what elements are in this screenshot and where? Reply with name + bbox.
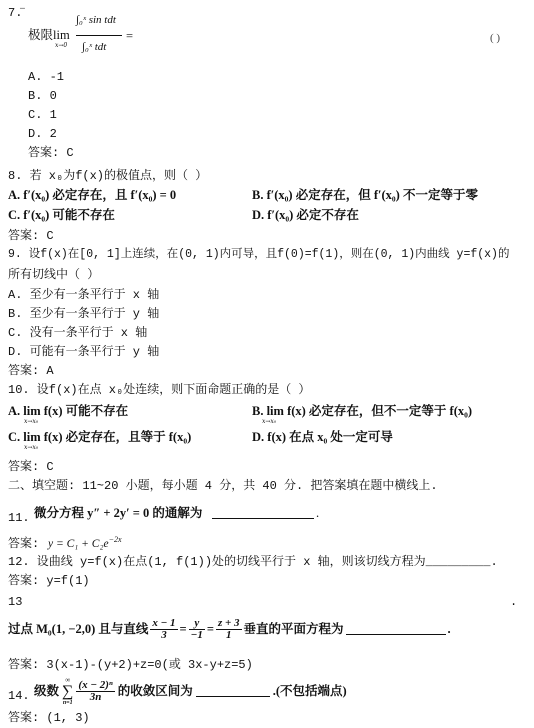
q10-option-a-lim-sub: x→x₀ [24,419,38,425]
q12-answer: 答案: y=f(1) [8,575,90,587]
q7-lim: lim [53,29,70,42]
q10-option-a: A. lim f(x) 可能不存在 [8,405,128,418]
q8-option-c: C. f′(x₀) 可能不存在 [8,209,115,222]
q13-stem: 过点 M₀(1, −2,0) 且与直线 x − 13 = y−1 = z + 3… [8,618,451,641]
section-fill-in-heading: 二、填空题: 11~20 小题，每小题 4 分，共 40 分. 把答案填在题中横… [8,480,438,492]
q14-number: 14. [8,690,30,702]
q7-dash: ─ [20,5,25,13]
q14-answer: 答案: (1, 3) [8,712,90,724]
q13-fraction-2: y−1 [189,618,205,641]
q9-option-c: C. 没有一条平行于 x 轴 [8,327,147,339]
q7-option-c: C. 1 [28,109,57,121]
q9-stem-line2: 所有切线中（ ） [8,269,99,281]
q14-blank [196,686,270,697]
q11-answer-label: 答案: [8,538,39,550]
q10-option-b-lim-sub: x→x₀ [262,419,276,425]
q11-end: . [316,507,319,520]
q14-suffix: 的收敛区间为 [118,685,193,698]
q7-answer-paren: ( ) [490,33,500,44]
q14-fraction: (x − 2)ⁿ3n [76,680,114,703]
q8-option-d: D. f′(x₀) 必定不存在 [252,209,359,222]
q7-option-d: D. 2 [28,128,57,140]
q8-stem: 8. 若 x₀为f(x)的极值点，则（ ） [8,170,207,182]
q8-option-b: B. f′(x₀) 必定存在，但 f′(x₀) 不一定等于零 [252,189,478,202]
q9-option-d: D. 可能有一条平行于 y 轴 [8,346,159,358]
q13-dot: . [510,596,517,608]
q7-answer: 答案: C [28,147,74,159]
q13-stem-prefix: 过点 M₀(1, −2,0) 且与直线 [8,623,148,636]
q7-lim-sub: x→0 [55,43,67,49]
q11-stem: 微分方程 y″ + 2y′ = 0 的通解为 [34,507,202,520]
q13-stem-suffix: 垂直的平面方程为 [244,623,344,636]
q10-stem: 10. 设f(x)在点 x₀处连续，则下面命题正确的是（ ） [8,384,310,396]
q11-answer: y = C₁ + C₂e−2x [48,536,122,550]
q7-fraction-bar [76,35,122,36]
q7-numerator: ∫₀ˣ sin tdt [76,15,116,26]
q14-prefix: 级数 [34,685,59,698]
q12-stem: 12. 设曲线 y=f(x)在点(1, f(1))处的切线平行于 x 轴，则该切… [8,556,498,568]
q11-blank [212,507,314,519]
q13-number: 13 [8,596,22,608]
q7-denominator: ∫₀ˣ tdt [82,42,106,53]
q13-fraction-1: x − 13 [150,618,177,641]
q14-stem: 级数 ∞ ∑ n=1 (x − 2)ⁿ3n 的收敛区间为 .(不包括端点) [34,677,347,706]
q9-stem-line1: 9. 设f(x)在[0, 1]上连续，在(0, 1)内可导，且f(0)=f(1)… [8,249,509,261]
q7-equals: = [126,30,133,43]
q14-sigma: ∞ ∑ n=1 [62,677,73,706]
q8-option-a: A. f′(x₀) 必定存在，且 f′(x₀) = 0 [8,189,176,202]
q10-option-c-lim-sub: x→x₀ [24,445,38,451]
q9-answer: 答案: A [8,365,54,377]
q7-option-a: A. -1 [28,71,64,83]
q13-answer: 答案: 3(x-1)-(y+2)+z=0(或 3x-y+z=5) [8,659,253,671]
q7-option-b: B. 0 [28,90,57,102]
q10-option-c: C. lim f(x) 必定存在，且等于 f(x₀) [8,431,191,444]
q10-answer: 答案: C [8,461,54,473]
q10-option-b: B. lim f(x) 必定存在，但不一定等于 f(x₀) [252,405,472,418]
q13-fraction-3: z + 31 [216,618,242,641]
q9-option-a: A. 至少有一条平行于 x 轴 [8,289,159,301]
q8-answer: 答案: C [8,230,54,242]
q7-prefix: 极限 [28,29,53,42]
q13-blank [346,624,446,635]
q9-option-b: B. 至少有一条平行于 y 轴 [8,308,159,320]
q11-number: 11. [8,512,30,524]
q14-end: .(不包括端点) [273,685,347,698]
q10-option-d: D. f(x) 在点 x₀ 处一定可导 [252,431,393,444]
